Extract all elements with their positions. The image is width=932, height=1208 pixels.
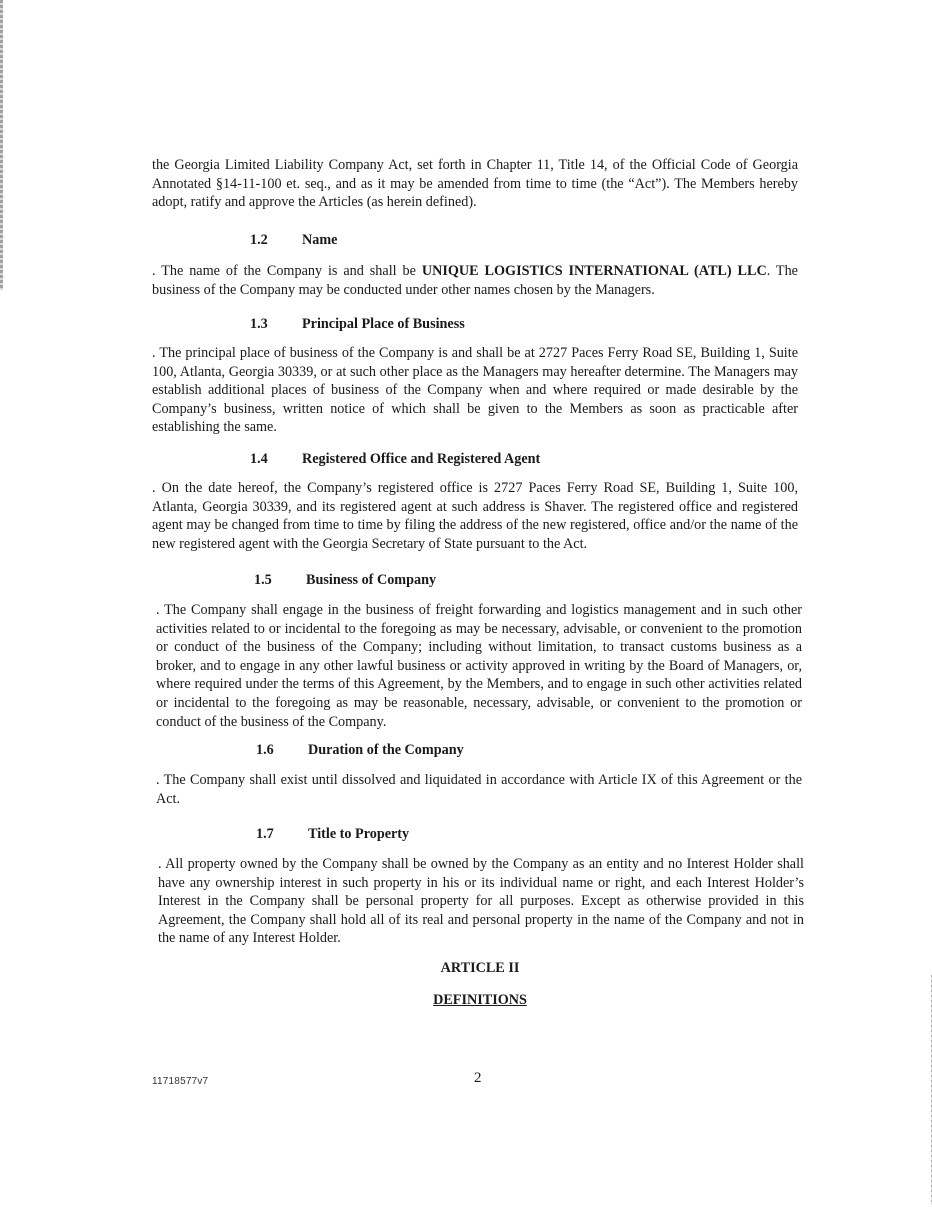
section-body-1-2: . The name of the Company is and shall b… xyxy=(152,262,798,299)
section-heading-1-2: 1.2Name xyxy=(250,232,337,249)
section-title: Registered Office and Registered Agent xyxy=(302,451,540,467)
page-number: 2 xyxy=(474,1070,482,1087)
section-number: 1.6 xyxy=(256,742,308,759)
section-paragraph: . On the date hereof, the Company’s regi… xyxy=(152,479,798,553)
section-body-1-4: . On the date hereof, the Company’s regi… xyxy=(152,479,798,553)
section-text: . The name of the Company is and shall b… xyxy=(152,263,422,279)
section-heading-1-7: 1.7Title to Property xyxy=(256,826,409,843)
section-paragraph: . All property owned by the Company shal… xyxy=(158,855,804,948)
intro-paragraph: the Georgia Limited Liability Company Ac… xyxy=(152,156,798,212)
section-number: 1.3 xyxy=(250,316,302,333)
section-heading-1-5: 1.5Business of Company xyxy=(254,572,436,589)
section-body-1-7: . All property owned by the Company shal… xyxy=(158,855,804,948)
section-paragraph: . The name of the Company is and shall b… xyxy=(152,262,798,299)
section-title: Business of Company xyxy=(306,572,436,588)
scan-artifact-left-edge xyxy=(0,0,3,290)
section-body-1-6: . The Company shall exist until dissolve… xyxy=(156,771,802,808)
section-title: Duration of the Company xyxy=(308,742,464,758)
section-number: 1.7 xyxy=(256,826,308,843)
section-paragraph: . The Company shall exist until dissolve… xyxy=(156,771,802,808)
section-body-1-5: . The Company shall engage in the busine… xyxy=(156,601,802,731)
intro-paragraph-block: the Georgia Limited Liability Company Ac… xyxy=(152,156,798,212)
section-heading-1-3: 1.3Principal Place of Business xyxy=(250,316,465,333)
article-label: ARTICLE II xyxy=(152,960,808,977)
section-paragraph: . The Company shall engage in the busine… xyxy=(156,601,802,731)
company-name: UNIQUE LOGISTICS INTERNATIONAL (ATL) LLC xyxy=(422,263,767,279)
document-id: 11718577v7 xyxy=(152,1076,208,1087)
section-title: Title to Property xyxy=(308,826,409,842)
section-number: 1.5 xyxy=(254,572,306,589)
section-heading-1-4: 1.4Registered Office and Registered Agen… xyxy=(250,451,540,468)
section-number: 1.4 xyxy=(250,451,302,468)
section-title: Principal Place of Business xyxy=(302,316,465,332)
section-title: Name xyxy=(302,232,337,248)
section-body-1-3: . The principal place of business of the… xyxy=(152,344,798,437)
article-title: DEFINITIONS xyxy=(152,992,808,1009)
section-paragraph: . The principal place of business of the… xyxy=(152,344,798,437)
section-heading-1-6: 1.6Duration of the Company xyxy=(256,742,464,759)
section-number: 1.2 xyxy=(250,232,302,249)
